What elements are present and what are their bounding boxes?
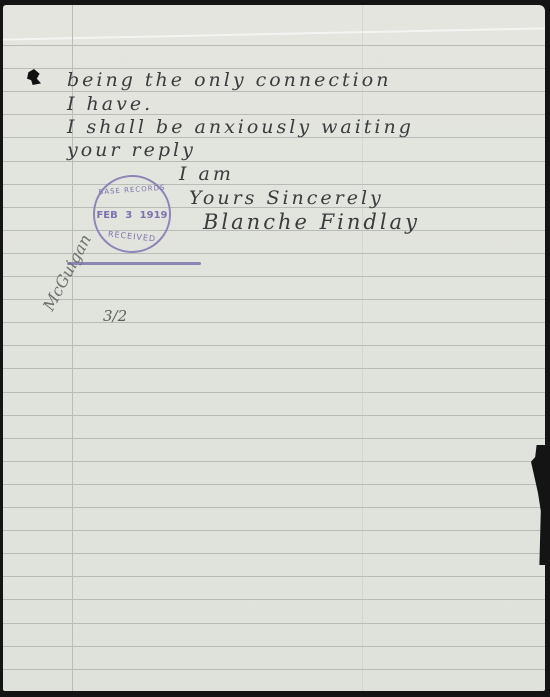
annotation-initials: McGuigan xyxy=(39,231,95,314)
ruled-line xyxy=(3,299,545,300)
ruled-line xyxy=(3,184,545,185)
letter-page: being the only connection I have. I shal… xyxy=(3,5,545,691)
ruled-line xyxy=(3,669,545,670)
ruled-line xyxy=(3,576,545,577)
received-stamp: BASE RECORDS FEB 3 1919 RECEIVED xyxy=(93,175,171,253)
ruled-line xyxy=(3,415,545,416)
stamp-bottom-text: RECEIVED xyxy=(95,228,170,245)
letter-line-1: being the only connection xyxy=(67,71,391,90)
closing-i-am: I am xyxy=(179,165,234,184)
ruled-line xyxy=(3,345,545,346)
vertical-fold xyxy=(362,5,363,691)
ruled-line xyxy=(3,484,545,485)
ruled-line xyxy=(3,91,545,92)
closing-yours-sincerely: Yours Sincerely xyxy=(189,189,384,208)
stamp-top-text: BASE RECORDS xyxy=(95,183,169,196)
stamp-date: FEB 3 1919 xyxy=(95,210,169,221)
torn-hole xyxy=(27,69,41,85)
ruled-line xyxy=(3,45,545,46)
ruled-line xyxy=(3,461,545,462)
ruled-line xyxy=(3,553,545,554)
ruled-line xyxy=(3,599,545,600)
annotation-date: 3/2 xyxy=(103,307,127,325)
ruled-line xyxy=(3,646,545,647)
ruled-line xyxy=(3,438,545,439)
ruled-line xyxy=(3,392,545,393)
letter-line-2: I have. xyxy=(67,95,153,114)
ruled-line xyxy=(3,322,545,323)
ruled-line xyxy=(3,623,545,624)
torn-edge xyxy=(531,445,545,565)
ruled-line xyxy=(3,276,545,277)
signature: Blanche Findlay xyxy=(203,212,420,233)
letter-line-4: your reply xyxy=(67,141,196,160)
ruled-line xyxy=(3,530,545,531)
ruled-line xyxy=(3,161,545,162)
edge-marks xyxy=(7,590,15,640)
letter-line-3: I shall be anxiously waiting xyxy=(67,118,414,137)
stamp-underline xyxy=(67,262,201,265)
ruled-line xyxy=(3,368,545,369)
ruled-line xyxy=(3,507,545,508)
fold-crease xyxy=(3,27,545,40)
